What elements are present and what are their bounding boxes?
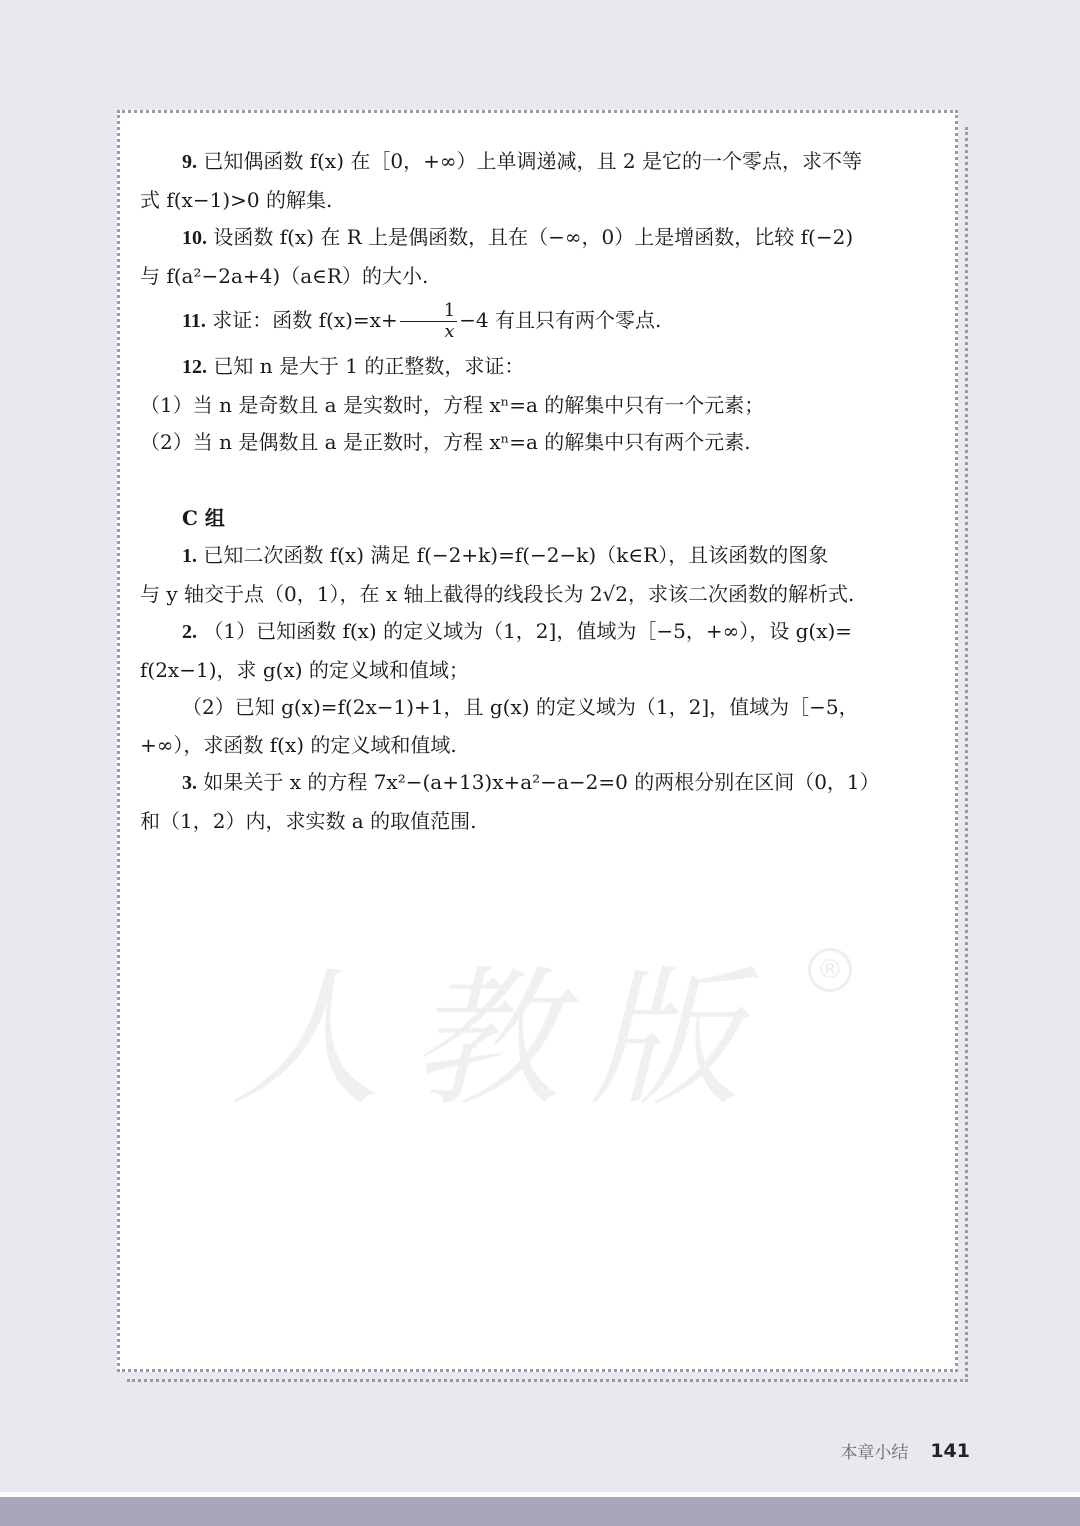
problem-number: 3.	[182, 772, 197, 794]
c-problem-3: 3. 如果关于 x 的方程 7x²−(a+13)x+a²−a−2=0 的两根分别…	[140, 764, 940, 803]
c-problem-1: 1. 已知二次函数 f(x) 满足 f(−2+k)=f(−2−k)（k∈R），且…	[140, 537, 940, 576]
problem-12-part-1: （1）当 n 是奇数且 a 是实数时，方程 xⁿ=a 的解集中只有一个元素；	[140, 387, 940, 425]
problem-9: 9. 已知偶函数 f(x) 在［0，+∞）上单调递减，且 2 是它的一个零点，求…	[140, 143, 940, 182]
problem-12-part-2: （2）当 n 是偶数且 a 是正数时，方程 xⁿ=a 的解集中只有两个元素.	[140, 424, 940, 462]
c-problem-2-part-2-cont: +∞），求函数 f(x) 的定义域和值域.	[140, 727, 940, 765]
problem-text: （1）已知函数 f(x) 的定义域为（1，2]，值域为［−5，+∞），设 g(x…	[203, 619, 852, 643]
problem-text-after: −4 有且只有两个零点.	[459, 308, 661, 332]
problem-10-cont: 与 f(a²−2a+4)（a∈R）的大小.	[140, 258, 940, 296]
problem-number: 2.	[182, 621, 197, 643]
c-problem-2-part-2: （2）已知 g(x)=f(2x−1)+1，且 g(x) 的定义域为（1，2]，值…	[140, 689, 940, 727]
group-c-title: C 组	[140, 500, 940, 538]
textbook-page: 9. 已知偶函数 f(x) 在［0，+∞）上单调递减，且 2 是它的一个零点，求…	[117, 110, 958, 1372]
page-content: 9. 已知偶函数 f(x) 在［0，+∞）上单调递减，且 2 是它的一个零点，求…	[140, 143, 940, 840]
fraction-denominator: x	[400, 322, 457, 342]
problem-number: 12.	[182, 356, 207, 378]
problem-text-before: 求证：函数 f(x)=x+	[212, 308, 397, 332]
registered-trademark-icon: ®	[808, 948, 852, 992]
problem-number: 1.	[182, 545, 197, 567]
problem-10: 10. 设函数 f(x) 在 R 上是偶函数，且在（−∞，0）上是增函数，比较 …	[140, 219, 940, 258]
c-problem-2: 2. （1）已知函数 f(x) 的定义域为（1，2]，值域为［−5，+∞），设 …	[140, 613, 940, 652]
problem-number: 11.	[182, 310, 206, 332]
fraction-numerator: 1	[400, 301, 457, 322]
bottom-band	[0, 1497, 1080, 1526]
page-footer: 本章小结 141	[840, 1438, 970, 1463]
problem-9-cont: 式 f(x−1)>0 的解集.	[140, 182, 940, 220]
problem-text: 已知偶函数 f(x) 在［0，+∞）上单调递减，且 2 是它的一个零点，求不等	[203, 149, 862, 173]
publisher-watermark: 人教版	[230, 945, 870, 1135]
c-problem-1-cont: 与 y 轴交于点（0，1），在 x 轴上截得的线段长为 2√2，求该二次函数的解…	[140, 576, 940, 614]
page-number: 141	[930, 1440, 970, 1462]
fraction: 1x	[400, 301, 457, 342]
problem-12: 12. 已知 n 是大于 1 的正整数，求证：	[140, 348, 940, 387]
c-problem-2-cont: f(2x−1)，求 g(x) 的定义域和值域；	[140, 652, 940, 690]
problem-11: 11. 求证：函数 f(x)=x+1x−4 有且只有两个零点.	[140, 301, 940, 342]
problem-text: 已知 n 是大于 1 的正整数，求证：	[213, 354, 524, 378]
footer-chapter-title: 本章小结	[840, 1438, 908, 1463]
problem-text: 如果关于 x 的方程 7x²−(a+13)x+a²−a−2=0 的两根分别在区间…	[203, 770, 879, 794]
problem-number: 10.	[182, 227, 207, 249]
problem-text: 设函数 f(x) 在 R 上是偶函数，且在（−∞，0）上是增函数，比较 f(−2…	[213, 225, 853, 249]
c-problem-3-cont: 和（1，2）内，求实数 a 的取值范围.	[140, 803, 940, 841]
problem-number: 9.	[182, 151, 197, 173]
problem-text: 已知二次函数 f(x) 满足 f(−2+k)=f(−2−k)（k∈R），且该函数…	[203, 543, 828, 567]
